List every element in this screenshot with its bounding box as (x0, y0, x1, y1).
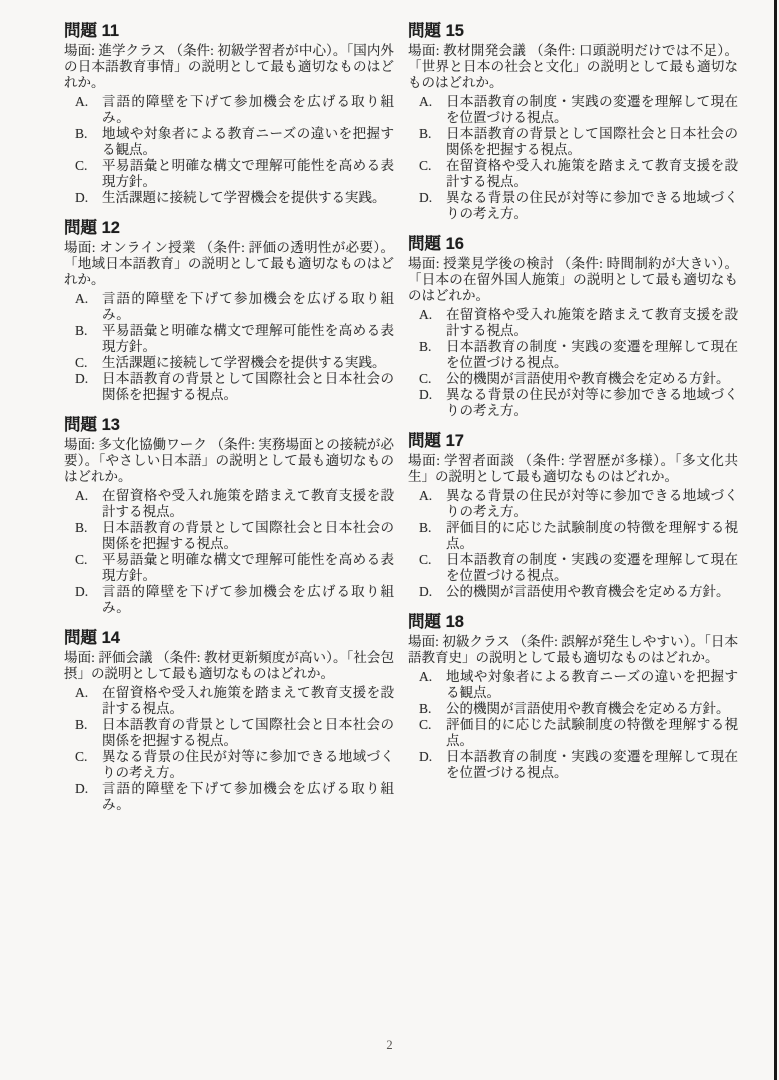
question-stem: 場面: 評価会議 （条件: 教材更新頻度が高い）。「社会包摂」の説明として最も適… (64, 650, 394, 682)
choice-label: D. (75, 781, 102, 813)
choice-row: A. 在留資格や受入れ施策を踏まえて教育支援を設計する視点。 (75, 488, 394, 520)
choice-label: D. (419, 749, 446, 781)
question-number: 問題 11 (64, 22, 394, 41)
choice-row: D. 異なる背景の住民が対等に参加できる地域づくりの考え方。 (419, 387, 738, 419)
choice-list: A. 在留資格や受入れ施策を踏まえて教育支援を設計する視点。 B. 日本語教育の… (64, 685, 394, 813)
question-block-18: 問題 18 場面: 初級クラス （条件: 誤解が発生しやすい）。「日本語教育史」… (408, 613, 738, 781)
choice-row: B. 公的機関が言語使用や教育機会を定める方針。 (419, 701, 738, 717)
choice-label: B. (419, 520, 446, 552)
choice-label: C. (419, 158, 446, 190)
choice-label: B. (75, 323, 102, 355)
question-block-11: 問題 11 場面: 進学クラス （条件: 初級学習者が中心）。「国内外の日本語教… (64, 22, 394, 206)
question-block-17: 問題 17 場面: 学習者面談 （条件: 学習歴が多様）。「多文化共生」の説明と… (408, 432, 738, 600)
choice-row: C. 公的機関が言語使用や教育機会を定める方針。 (419, 371, 738, 387)
choice-text: 言語的障壁を下げて参加機会を広げる取り組み。 (102, 291, 394, 323)
choice-label: C. (75, 355, 102, 371)
choice-row: B. 平易語彙と明確な構文で理解可能性を高める表現方針。 (75, 323, 394, 355)
choice-text: 異なる背景の住民が対等に参加できる地域づくりの考え方。 (446, 190, 738, 222)
question-stem: 場面: 初級クラス （条件: 誤解が発生しやすい）。「日本語教育史」の説明として… (408, 634, 738, 666)
choice-text: 公的機関が言語使用や教育機会を定める方針。 (446, 584, 738, 600)
choice-label: C. (75, 749, 102, 781)
question-number: 問題 18 (408, 613, 738, 632)
choice-row: B. 日本語教育の背景として国際社会と日本社会の関係を把握する視点。 (419, 126, 738, 158)
choice-text: 地域や対象者による教育ニーズの違いを把握する観点。 (446, 669, 738, 701)
choice-row: D. 生活課題に接続して学習機会を提供する実践。 (75, 190, 394, 206)
choice-label: A. (75, 291, 102, 323)
choice-label: A. (75, 488, 102, 520)
choice-text: 平易語彙と明確な構文で理解可能性を高める表現方針。 (102, 158, 394, 190)
choice-label: D. (75, 584, 102, 616)
choice-row: B. 日本語教育の背景として国際社会と日本社会の関係を把握する視点。 (75, 717, 394, 749)
choice-text: 平易語彙と明確な構文で理解可能性を高める表現方針。 (102, 552, 394, 584)
page-number: 2 (0, 1038, 779, 1053)
choice-text: 言語的障壁を下げて参加機会を広げる取り組み。 (102, 781, 394, 813)
choice-text: 在留資格や受入れ施策を踏まえて教育支援を設計する視点。 (446, 158, 738, 190)
choice-label: C. (75, 158, 102, 190)
question-number: 問題 12 (64, 219, 394, 238)
choice-label: C. (419, 371, 446, 387)
question-stem: 場面: 多文化協働ワーク （条件: 実務場面との接続が必要）。「やさしい日本語」… (64, 437, 394, 485)
choice-text: 地域や対象者による教育ニーズの違いを把握する観点。 (102, 126, 394, 158)
choice-row: A. 地域や対象者による教育ニーズの違いを把握する観点。 (419, 669, 738, 701)
choice-row: D. 日本語教育の制度・実践の変遷を理解して現在を位置づける視点。 (419, 749, 738, 781)
choice-row: A. 日本語教育の制度・実践の変遷を理解して現在を位置づける視点。 (419, 94, 738, 126)
question-number: 問題 13 (64, 416, 394, 435)
question-stem: 場面: 授業見学後の検討 （条件: 時間制約が大きい）。「日本の在留外国人施策」… (408, 256, 738, 304)
choice-row: A. 言語的障壁を下げて参加機会を広げる取り組み。 (75, 94, 394, 126)
question-block-12: 問題 12 場面: オンライン授業 （条件: 評価の透明性が必要）。「地域日本語… (64, 219, 394, 403)
choice-label: D. (75, 371, 102, 403)
choice-row: C. 在留資格や受入れ施策を踏まえて教育支援を設計する視点。 (419, 158, 738, 190)
choice-list: A. 言語的障壁を下げて参加機会を広げる取り組み。 B. 平易語彙と明確な構文で… (64, 291, 394, 403)
choice-row: B. 日本語教育の背景として国際社会と日本社会の関係を把握する視点。 (75, 520, 394, 552)
question-number: 問題 14 (64, 629, 394, 648)
choice-text: 評価目的に応じた試験制度の特徴を理解する視点。 (446, 520, 738, 552)
choice-row: D. 言語的障壁を下げて参加機会を広げる取り組み。 (75, 781, 394, 813)
choice-label: A. (419, 307, 446, 339)
choice-row: D. 言語的障壁を下げて参加機会を広げる取り組み。 (75, 584, 394, 616)
question-columns: 問題 11 場面: 進学クラス （条件: 初級学習者が中心）。「国内外の日本語教… (0, 0, 779, 826)
choice-row: A. 在留資格や受入れ施策を踏まえて教育支援を設計する視点。 (75, 685, 394, 717)
left-column: 問題 11 場面: 進学クラス （条件: 初級学習者が中心）。「国内外の日本語教… (64, 22, 394, 826)
choice-label: B. (419, 339, 446, 371)
question-stem: 場面: オンライン授業 （条件: 評価の透明性が必要）。「地域日本語教育」の説明… (64, 240, 394, 288)
exam-page: 問題 11 場面: 進学クラス （条件: 初級学習者が中心）。「国内外の日本語教… (0, 0, 779, 1080)
question-number: 問題 17 (408, 432, 738, 451)
choice-label: D. (419, 190, 446, 222)
choice-label: A. (419, 94, 446, 126)
choice-text: 日本語教育の制度・実践の変遷を理解して現在を位置づける視点。 (446, 94, 738, 126)
choice-label: A. (419, 488, 446, 520)
choice-label: C. (419, 552, 446, 584)
question-block-13: 問題 13 場面: 多文化協働ワーク （条件: 実務場面との接続が必要）。「やさ… (64, 416, 394, 616)
choice-text: 日本語教育の背景として国際社会と日本社会の関係を把握する視点。 (102, 520, 394, 552)
choice-label: C. (419, 717, 446, 749)
choice-label: A. (75, 94, 102, 126)
choice-text: 公的機関が言語使用や教育機会を定める方針。 (446, 701, 738, 717)
question-block-15: 問題 15 場面: 教材開発会議 （条件: 口頭説明だけでは不足）。「世界と日本… (408, 22, 738, 222)
choice-text: 日本語教育の背景として国際社会と日本社会の関係を把握する視点。 (446, 126, 738, 158)
choice-row: B. 日本語教育の制度・実践の変遷を理解して現在を位置づける視点。 (419, 339, 738, 371)
choice-row: D. 異なる背景の住民が対等に参加できる地域づくりの考え方。 (419, 190, 738, 222)
question-stem: 場面: 学習者面談 （条件: 学習歴が多様）。「多文化共生」の説明として最も適切… (408, 453, 738, 485)
choice-text: 在留資格や受入れ施策を踏まえて教育支援を設計する視点。 (102, 488, 394, 520)
choice-row: B. 地域や対象者による教育ニーズの違いを把握する観点。 (75, 126, 394, 158)
choice-row: A. 異なる背景の住民が対等に参加できる地域づくりの考え方。 (419, 488, 738, 520)
right-column: 問題 15 場面: 教材開発会議 （条件: 口頭説明だけでは不足）。「世界と日本… (408, 22, 738, 826)
choice-text: 平易語彙と明確な構文で理解可能性を高める表現方針。 (102, 323, 394, 355)
choice-row: D. 公的機関が言語使用や教育機会を定める方針。 (419, 584, 738, 600)
choice-row: C. 平易語彙と明確な構文で理解可能性を高める表現方針。 (75, 552, 394, 584)
choice-list: A. 地域や対象者による教育ニーズの違いを把握する観点。 B. 公的機関が言語使… (408, 669, 738, 781)
question-block-14: 問題 14 場面: 評価会議 （条件: 教材更新頻度が高い）。「社会包摂」の説明… (64, 629, 394, 813)
choice-text: 異なる背景の住民が対等に参加できる地域づくりの考え方。 (446, 488, 738, 520)
choice-text: 在留資格や受入れ施策を踏まえて教育支援を設計する視点。 (102, 685, 394, 717)
question-stem: 場面: 教材開発会議 （条件: 口頭説明だけでは不足）。「世界と日本の社会と文化… (408, 43, 738, 91)
choice-label: A. (419, 669, 446, 701)
choice-row: A. 言語的障壁を下げて参加機会を広げる取り組み。 (75, 291, 394, 323)
choice-row: C. 生活課題に接続して学習機会を提供する実践。 (75, 355, 394, 371)
choice-text: 生活課題に接続して学習機会を提供する実践。 (102, 190, 394, 206)
choice-label: B. (419, 701, 446, 717)
choice-label: B. (419, 126, 446, 158)
choice-label: B. (75, 717, 102, 749)
choice-text: 異なる背景の住民が対等に参加できる地域づくりの考え方。 (102, 749, 394, 781)
scan-edge-line (774, 0, 777, 1080)
choice-text: 日本語教育の背景として国際社会と日本社会の関係を把握する視点。 (102, 371, 394, 403)
choice-text: 評価目的に応じた試験制度の特徴を理解する視点。 (446, 717, 738, 749)
choice-text: 在留資格や受入れ施策を踏まえて教育支援を設計する視点。 (446, 307, 738, 339)
choice-text: 生活課題に接続して学習機会を提供する実践。 (102, 355, 394, 371)
choice-list: A. 言語的障壁を下げて参加機会を広げる取り組み。 B. 地域や対象者による教育… (64, 94, 394, 206)
choice-row: B. 評価目的に応じた試験制度の特徴を理解する視点。 (419, 520, 738, 552)
choice-label: C. (75, 552, 102, 584)
choice-list: A. 在留資格や受入れ施策を踏まえて教育支援を設計する視点。 B. 日本語教育の… (408, 307, 738, 419)
choice-text: 言語的障壁を下げて参加機会を広げる取り組み。 (102, 584, 394, 616)
choice-label: A. (75, 685, 102, 717)
choice-row: C. 平易語彙と明確な構文で理解可能性を高める表現方針。 (75, 158, 394, 190)
choice-label: D. (419, 387, 446, 419)
question-number: 問題 15 (408, 22, 738, 41)
question-block-16: 問題 16 場面: 授業見学後の検討 （条件: 時間制約が大きい）。「日本の在留… (408, 235, 738, 419)
choice-text: 公的機関が言語使用や教育機会を定める方針。 (446, 371, 738, 387)
question-number: 問題 16 (408, 235, 738, 254)
choice-label: B. (75, 520, 102, 552)
choice-row: A. 在留資格や受入れ施策を踏まえて教育支援を設計する視点。 (419, 307, 738, 339)
choice-text: 日本語教育の制度・実践の変遷を理解して現在を位置づける視点。 (446, 749, 738, 781)
question-stem: 場面: 進学クラス （条件: 初級学習者が中心）。「国内外の日本語教育事情」の説… (64, 43, 394, 91)
choice-text: 日本語教育の制度・実践の変遷を理解して現在を位置づける視点。 (446, 552, 738, 584)
choice-row: C. 日本語教育の制度・実践の変遷を理解して現在を位置づける視点。 (419, 552, 738, 584)
choice-list: A. 異なる背景の住民が対等に参加できる地域づくりの考え方。 B. 評価目的に応… (408, 488, 738, 600)
choice-label: D. (75, 190, 102, 206)
choice-text: 日本語教育の背景として国際社会と日本社会の関係を把握する視点。 (102, 717, 394, 749)
choice-text: 日本語教育の制度・実践の変遷を理解して現在を位置づける視点。 (446, 339, 738, 371)
choice-row: C. 評価目的に応じた試験制度の特徴を理解する視点。 (419, 717, 738, 749)
choice-row: D. 日本語教育の背景として国際社会と日本社会の関係を把握する視点。 (75, 371, 394, 403)
choice-label: B. (75, 126, 102, 158)
choice-label: D. (419, 584, 446, 600)
choice-text: 異なる背景の住民が対等に参加できる地域づくりの考え方。 (446, 387, 738, 419)
choice-list: A. 在留資格や受入れ施策を踏まえて教育支援を設計する視点。 B. 日本語教育の… (64, 488, 394, 616)
choice-row: C. 異なる背景の住民が対等に参加できる地域づくりの考え方。 (75, 749, 394, 781)
choice-text: 言語的障壁を下げて参加機会を広げる取り組み。 (102, 94, 394, 126)
choice-list: A. 日本語教育の制度・実践の変遷を理解して現在を位置づける視点。 B. 日本語… (408, 94, 738, 222)
